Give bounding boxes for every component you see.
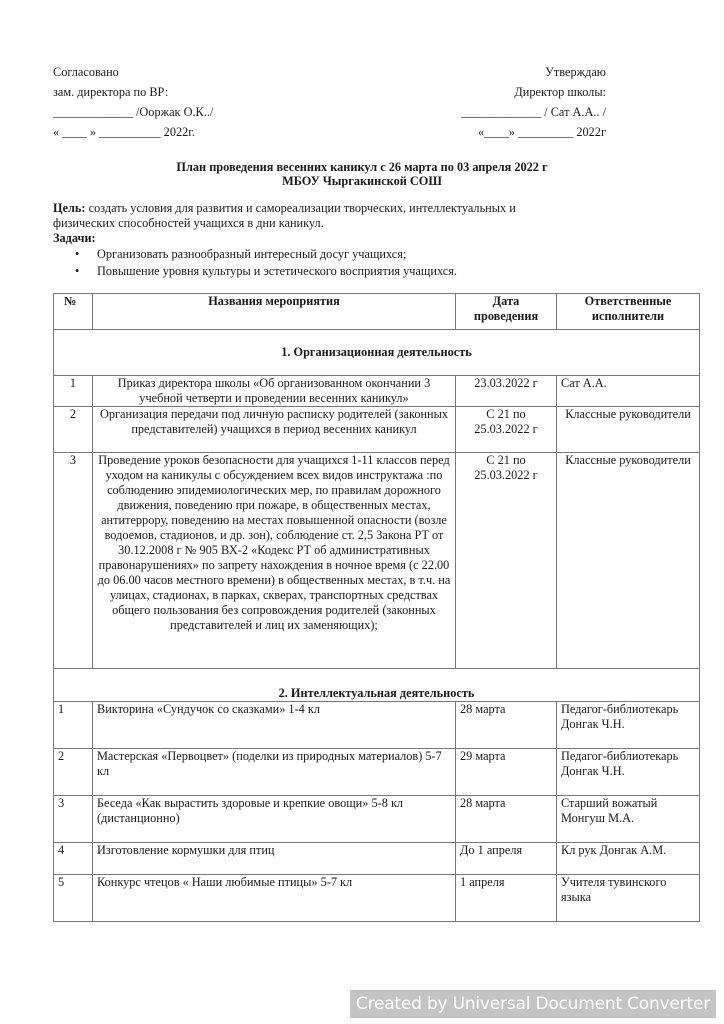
approval-left-position: зам. директора по ВР: bbox=[53, 82, 213, 102]
approval-left-signature: _____________ /Ооржак О.К../ bbox=[53, 102, 213, 122]
task-item: •Повышение уровня культуры и эстетическо… bbox=[97, 263, 457, 280]
approval-right-date: «____» _________ 2022г bbox=[440, 122, 606, 142]
approval-left-block: Согласовано зам. директора по ВР: ______… bbox=[53, 62, 213, 142]
table-row: 1 Викторина «Сундучок со сказками» 1-4 к… bbox=[54, 702, 700, 749]
header-name: Названия мероприятия bbox=[93, 294, 456, 330]
header-num: № bbox=[54, 294, 93, 330]
section-row: 2. Интеллектуальная деятельность bbox=[54, 669, 700, 702]
tasks-block: Задачи: •Организовать разнообразный инте… bbox=[53, 231, 457, 280]
table-header-row: № Названия мероприятия Дата проведения О… bbox=[54, 294, 700, 330]
approval-right-signature: _____________ / Сат А.А.. / bbox=[440, 102, 606, 122]
goal-text-2: физических способностей учащихся в дни к… bbox=[53, 216, 673, 231]
table-row: 2 Организация передачи под личную распис… bbox=[54, 407, 700, 453]
table-row: 1 Приказ директора школы «Об организован… bbox=[54, 376, 700, 407]
bullet-icon: • bbox=[75, 246, 79, 263]
bullet-icon: • bbox=[75, 263, 79, 280]
title-line-2: МБОУ Чыргакинской СОШ bbox=[0, 174, 724, 188]
approval-right-position: Директор школы: bbox=[440, 82, 606, 102]
document-title: План проведения весенних каникул с 26 ма… bbox=[0, 160, 724, 188]
goal-label: Цель: bbox=[53, 201, 86, 215]
section-title: 2. Интеллектуальная деятельность bbox=[54, 669, 700, 702]
approval-right-block: Утверждаю Директор школы: _____________ … bbox=[440, 62, 606, 142]
tasks-list: •Организовать разнообразный интересный д… bbox=[53, 246, 457, 280]
converter-watermark: Created by Universal Document Converter bbox=[350, 990, 716, 1018]
header-resp: Ответственные исполнители bbox=[557, 294, 700, 330]
tasks-label: Задачи: bbox=[53, 231, 457, 246]
table-row: 4 Изготовление кормушки для птиц До 1 ап… bbox=[54, 843, 700, 875]
approval-left-date: « ____ » __________ 2022г. bbox=[53, 122, 213, 142]
section-title: 1. Организационная деятельность bbox=[54, 330, 700, 376]
table-row: 3 Проведение уроков безопасности для уча… bbox=[54, 453, 700, 669]
events-table: № Названия мероприятия Дата проведения О… bbox=[53, 293, 700, 922]
section-row: 1. Организационная деятельность bbox=[54, 330, 700, 376]
title-line-1: План проведения весенних каникул с 26 ма… bbox=[0, 160, 724, 174]
goal-text-1: создать условия для развития и самореали… bbox=[86, 201, 516, 215]
approval-right-heading: Утверждаю bbox=[440, 62, 606, 82]
task-item: •Организовать разнообразный интересный д… bbox=[97, 246, 457, 263]
table-row: 3 Беседа «Как вырастить здоровые и крепк… bbox=[54, 796, 700, 843]
goal-paragraph: Цель: создать условия для развития и сам… bbox=[53, 201, 673, 231]
header-date: Дата проведения bbox=[456, 294, 557, 330]
table-row: 5 Конкурс чтецов « Наши любимые птицы» 5… bbox=[54, 875, 700, 922]
table-row: 2 Мастерская «Первоцвет» (поделки из при… bbox=[54, 749, 700, 796]
approval-left-heading: Согласовано bbox=[53, 62, 213, 82]
